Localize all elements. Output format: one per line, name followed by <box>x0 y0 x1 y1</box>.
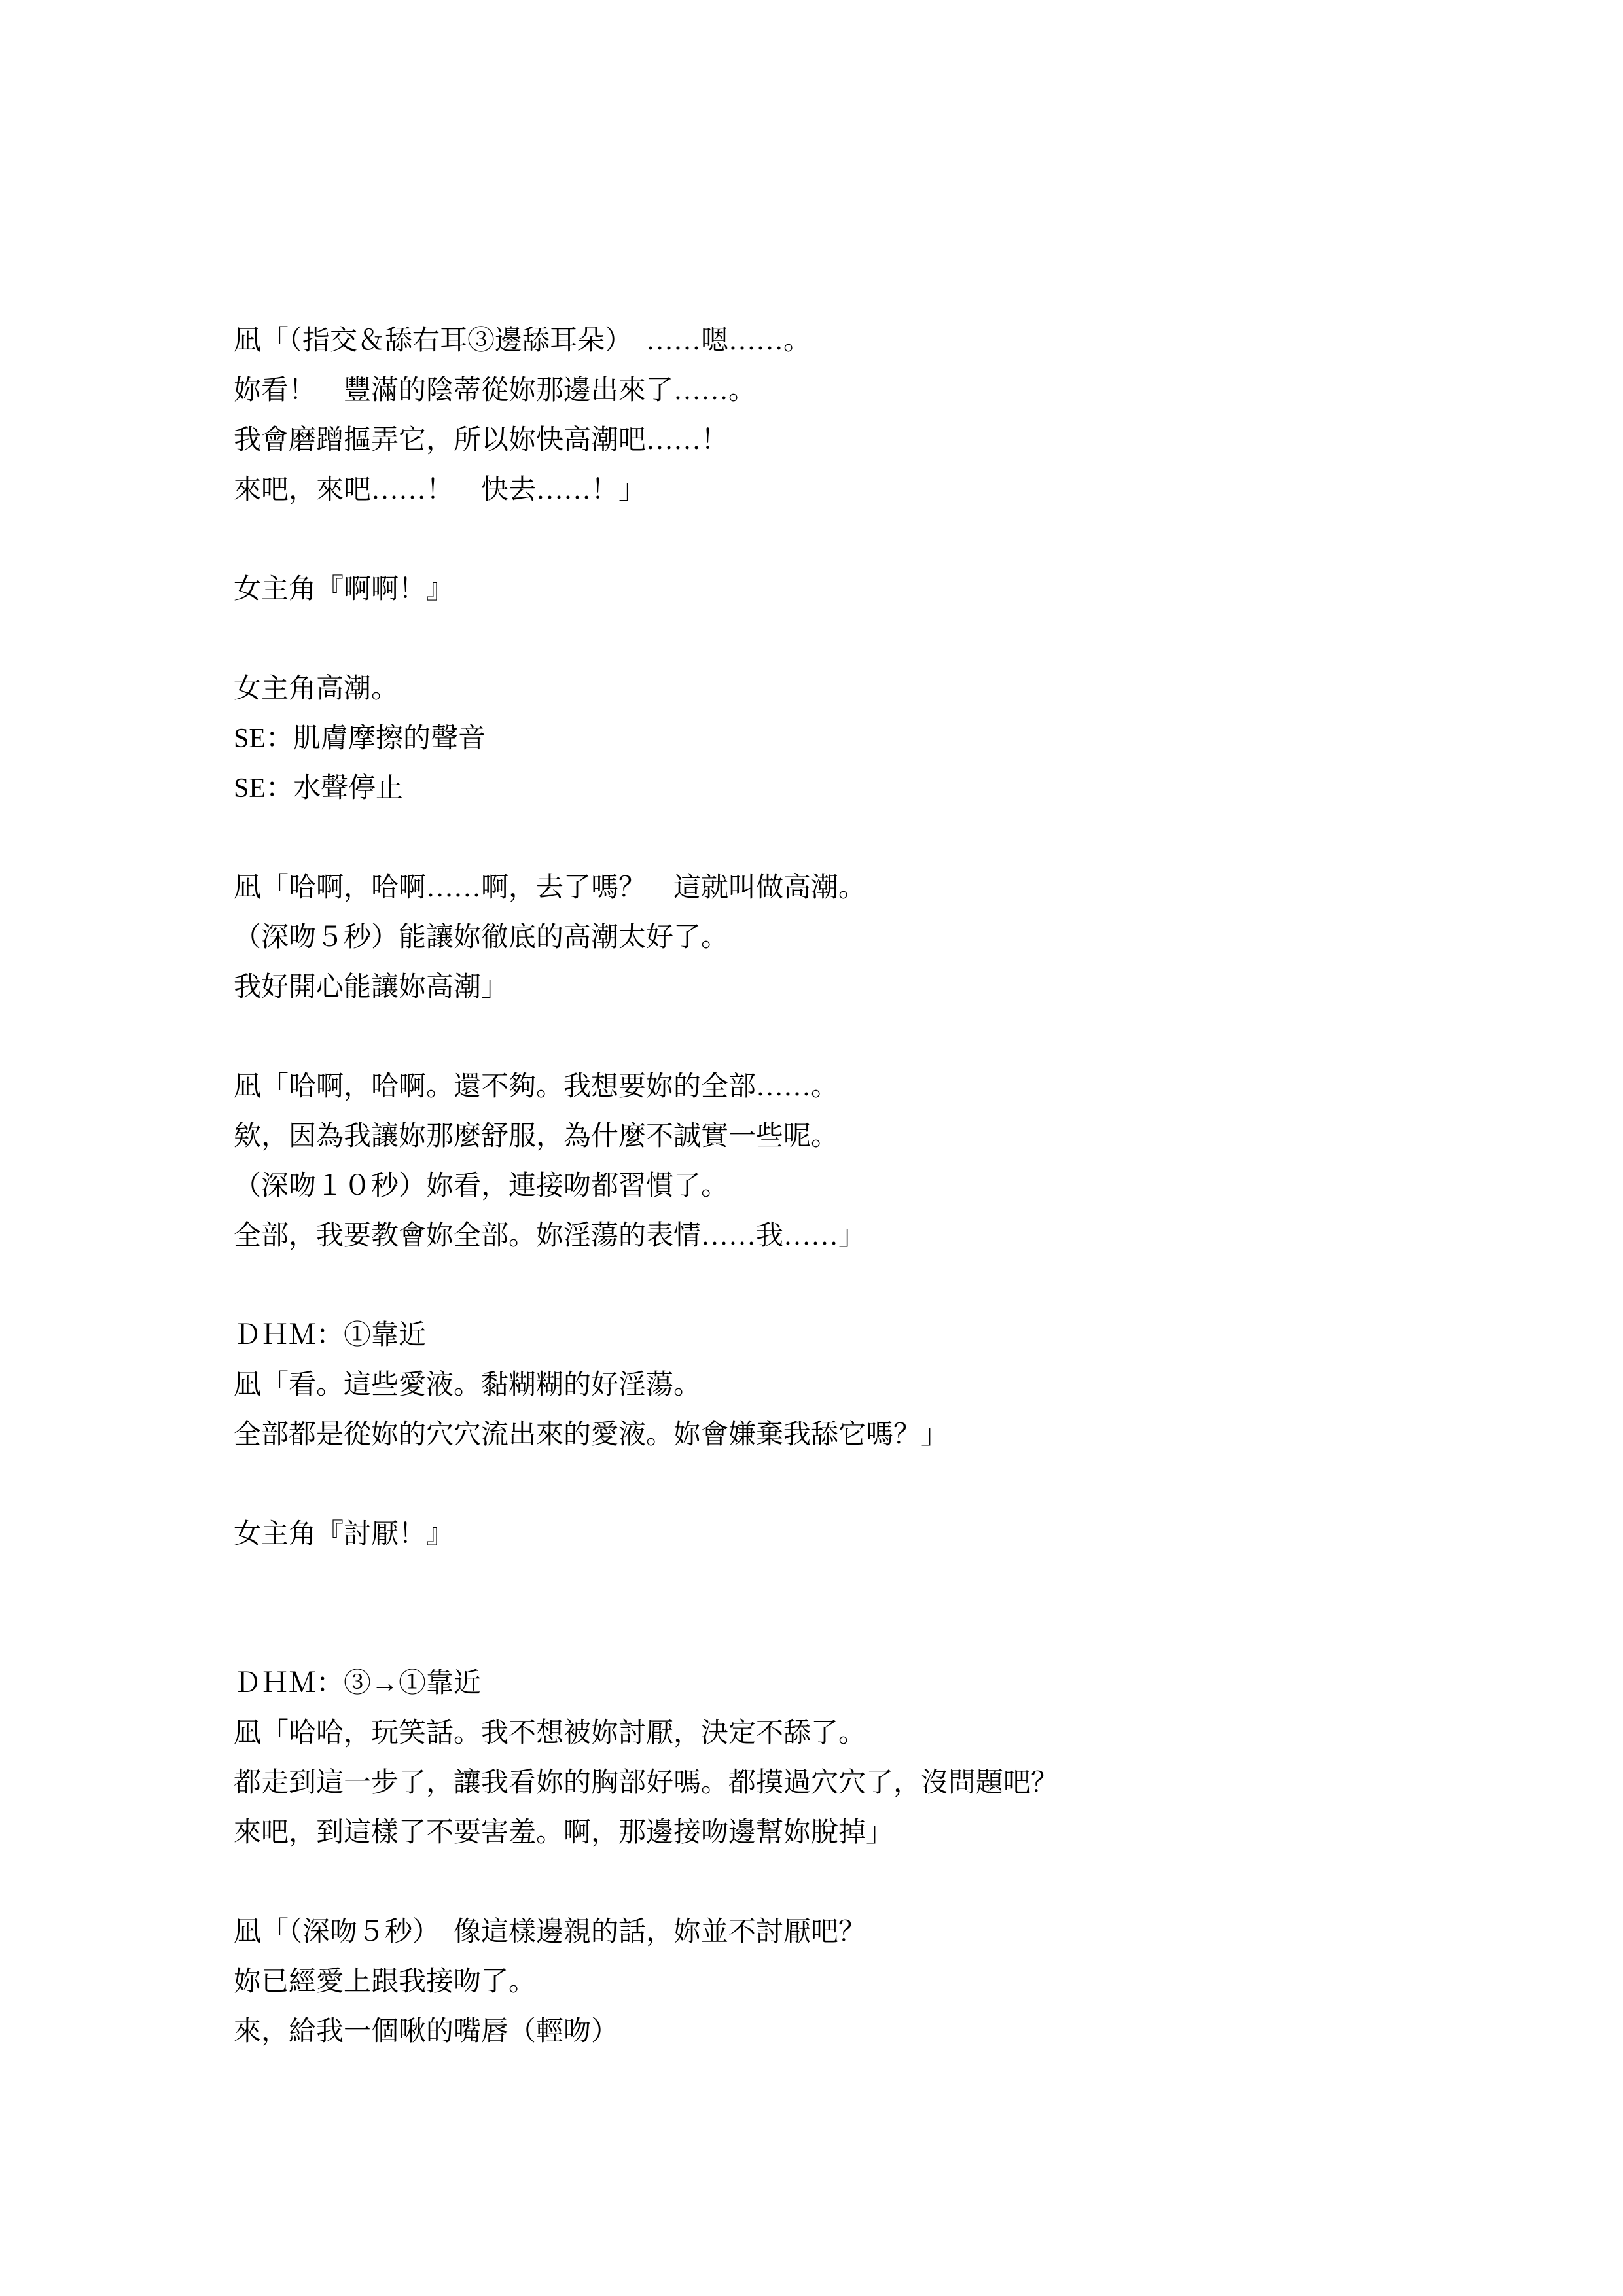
dialogue-line: 全部，我要教會妳全部。妳淫蕩的表情……我……」 <box>234 1211 1058 1261</box>
blank-line <box>234 1858 1058 1907</box>
dialogue-line: （深吻１０秒）妳看，連接吻都習慣了。 <box>234 1161 1058 1211</box>
document-page: { "page": { "background_color": "#ffffff… <box>0 0 1623 2296</box>
blank-line <box>234 1261 1058 1311</box>
dialogue-line: 凪「哈啊，哈啊……啊，去了嗎？ 這就叫做高潮。 <box>234 863 1058 913</box>
cue-line: ＤＨＭ：③→①靠近 <box>234 1659 1058 1708</box>
blank-line <box>234 813 1058 863</box>
dialogue-line: 都走到這一步了，讓我看妳的胸部好嗎。都摸過穴穴了，沒問題吧？ <box>234 1758 1058 1808</box>
dialogue-line: 來吧，到這樣了不要害羞。啊，那邊接吻邊幫妳脫掉」 <box>234 1808 1058 1858</box>
dialogue-line: 凪「哈哈，玩笑話。我不想被妳討厭，決定不舔了。 <box>234 1708 1058 1758</box>
dialogue-line: 來，給我一個啾的嘴唇（輕吻） <box>234 2007 1058 2057</box>
script-block: ＤＨＭ：①靠近 凪「看。這些愛液。黏糊糊的好淫蕩。 全部都是從妳的穴穴流出來的愛… <box>234 1311 1058 1460</box>
dialogue-line: 欸，因為我讓妳那麼舒服，為什麼不誠實一些呢。 <box>234 1112 1058 1161</box>
dialogue-line: 全部都是從妳的穴穴流出來的愛液。妳會嫌棄我舔它嗎？」 <box>234 1410 1058 1460</box>
blank-line <box>234 614 1058 664</box>
cue-line: ＤＨＭ：①靠近 <box>234 1311 1058 1360</box>
stage-direction-line: 女主角高潮。 <box>234 664 1058 714</box>
script-block: 女主角『討厭！』 <box>234 1510 1058 1559</box>
dialogue-line: 妳已經愛上跟我接吻了。 <box>234 1957 1058 2007</box>
dialogue-line: 凪「（指交＆舔右耳③邊舔耳朵） ……嗯……。 <box>234 316 1058 366</box>
dialogue-line: 我會磨蹭摳弄它，所以妳快高潮吧……！ <box>234 415 1058 465</box>
sound-effect-line: SE：水聲停止 <box>234 764 1058 813</box>
script-block: 凪「哈啊，哈啊……啊，去了嗎？ 這就叫做高潮。 （深吻５秒）能讓妳徹底的高潮太好… <box>234 863 1058 1012</box>
blank-line <box>234 515 1058 565</box>
blank-line <box>234 1460 1058 1510</box>
script-text: 凪「（指交＆舔右耳③邊舔耳朵） ……嗯……。 妳看！ 豐滿的陰蒂從妳那邊出來了…… <box>234 316 1058 2057</box>
dialogue-line: 凪「（深吻５秒） 像這樣邊親的話，妳並不討厭吧？ <box>234 1907 1058 1957</box>
dialogue-line: 妳看！ 豐滿的陰蒂從妳那邊出來了……。 <box>234 366 1058 415</box>
dialogue-line: （深吻５秒）能讓妳徹底的高潮太好了。 <box>234 913 1058 963</box>
sound-effect-line: SE：肌膚摩擦的聲音 <box>234 714 1058 764</box>
dialogue-line: 女主角『討厭！』 <box>234 1510 1058 1559</box>
script-block: 女主角『啊啊！』 <box>234 565 1058 614</box>
dialogue-line: 凪「看。這些愛液。黏糊糊的好淫蕩。 <box>234 1360 1058 1410</box>
dialogue-line: 女主角『啊啊！』 <box>234 565 1058 614</box>
script-block: 女主角高潮。 SE：肌膚摩擦的聲音 SE：水聲停止 <box>234 664 1058 813</box>
script-block: ＤＨＭ：③→①靠近 凪「哈哈，玩笑話。我不想被妳討厭，決定不舔了。 都走到這一步… <box>234 1659 1058 1858</box>
dialogue-line: 凪「哈啊，哈啊。還不夠。我想要妳的全部……。 <box>234 1062 1058 1112</box>
script-block: 凪「（深吻５秒） 像這樣邊親的話，妳並不討厭吧？ 妳已經愛上跟我接吻了。 來，給… <box>234 1907 1058 2057</box>
dialogue-line: 來吧，來吧……！ 快去……！」 <box>234 465 1058 515</box>
blank-lines <box>234 1559 1058 1659</box>
blank-line <box>234 1012 1058 1062</box>
dialogue-line: 我好開心能讓妳高潮」 <box>234 963 1058 1012</box>
script-block: 凪「（指交＆舔右耳③邊舔耳朵） ……嗯……。 妳看！ 豐滿的陰蒂從妳那邊出來了…… <box>234 316 1058 515</box>
script-block: 凪「哈啊，哈啊。還不夠。我想要妳的全部……。 欸，因為我讓妳那麼舒服，為什麼不誠… <box>234 1062 1058 1261</box>
